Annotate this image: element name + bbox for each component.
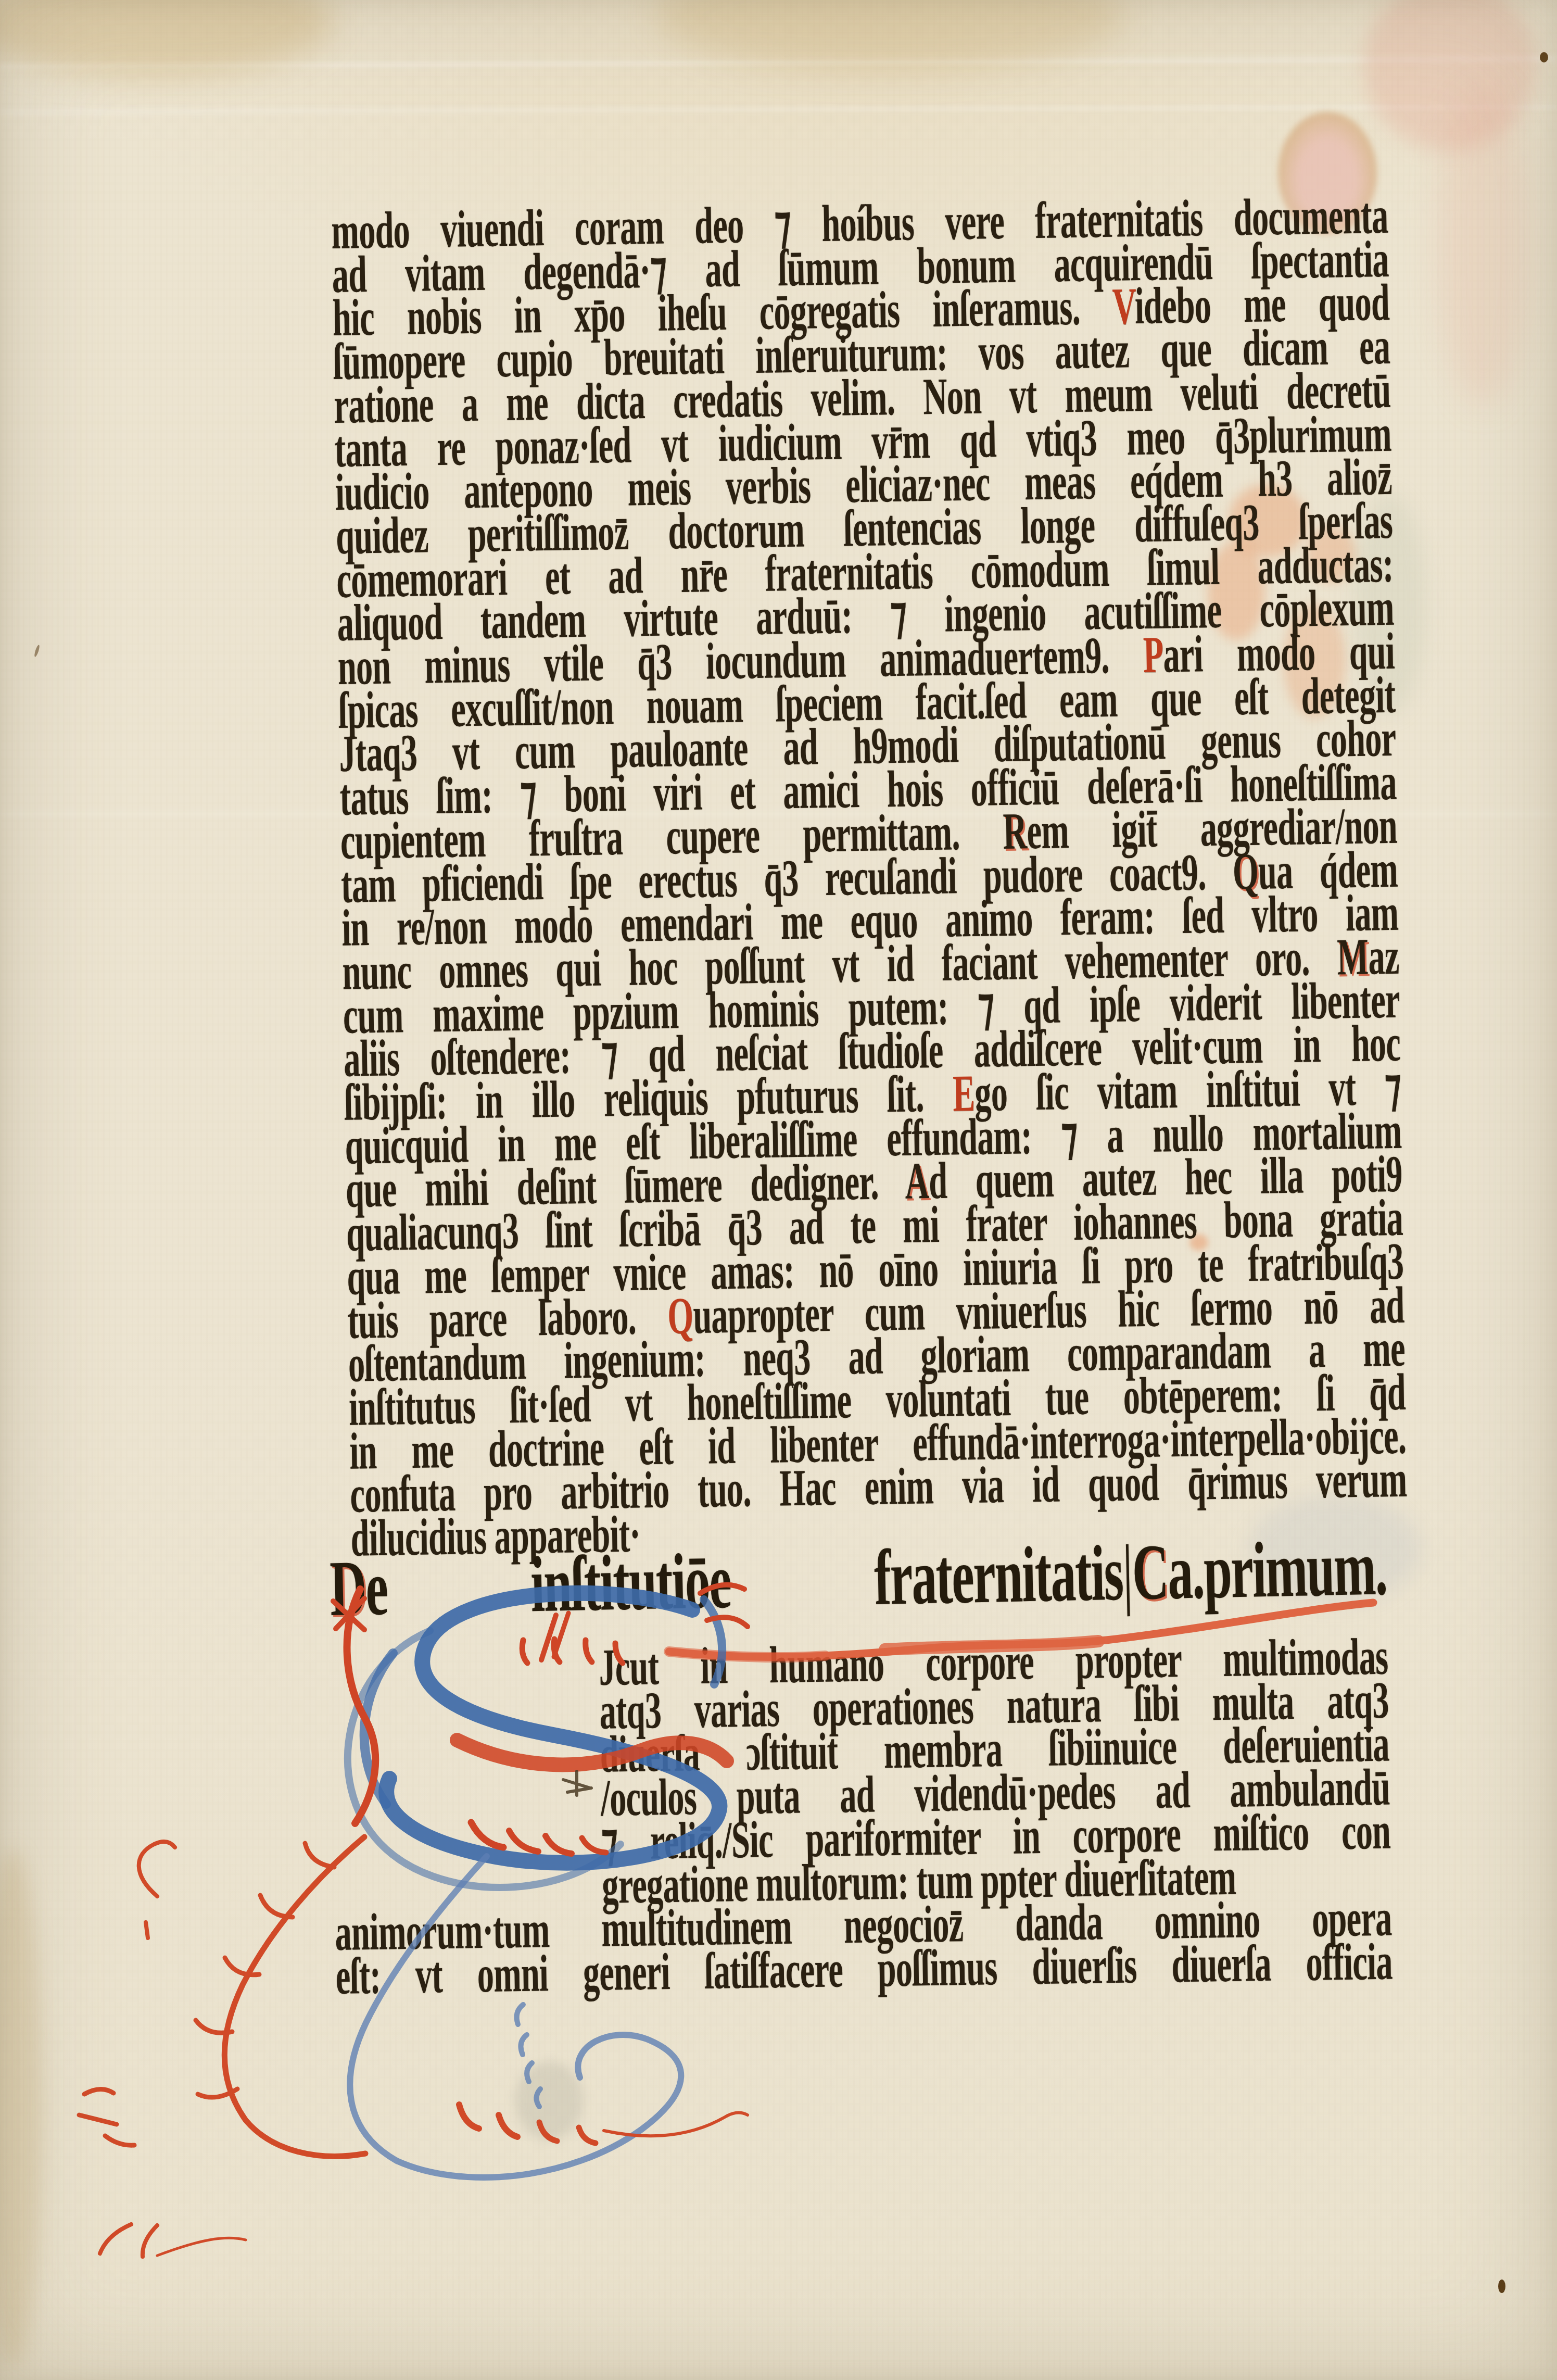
- text-segment: a.primum.: [1167, 1523, 1388, 1615]
- chapter-text-block: Jcut in humano corpore propter multimoda…: [331, 1635, 1393, 2045]
- main-text-block: modo viuendi coram deo ⁊ hoíbus vere fra…: [331, 194, 1408, 1563]
- rubricated-capital: C: [1131, 1528, 1169, 1616]
- rubricated-capital: D: [329, 1544, 366, 1632]
- stain-top-left: [0, 0, 333, 78]
- manuscript-page: modo viuendi coram deo ⁊ hoíbus vere fra…: [0, 0, 1557, 2380]
- chapter-line-full: eſt: vt omni generi ſatiſfacere poſſimus…: [335, 1940, 1393, 1998]
- ink-fleck: [1540, 52, 1548, 62]
- pen-tick: [33, 645, 40, 658]
- chapter-heading: De inſtitutiōe fraternitatis|Ca.primum.: [330, 1528, 1388, 1638]
- stain-left-edge: [0, 1848, 42, 2369]
- stain-gray-smudge: [515, 2062, 583, 2140]
- ink-fleck: [1498, 2280, 1505, 2293]
- text-segment: e inſtitutiōe fraternitatis: [365, 1529, 1124, 1631]
- stain-top-center: [656, 0, 1124, 73]
- paper-crease: [0, 106, 1557, 114]
- paper-crease: [0, 57, 1557, 68]
- stain-right-streak: [1437, 83, 1530, 406]
- stain-top-right-pink: [1364, 0, 1536, 151]
